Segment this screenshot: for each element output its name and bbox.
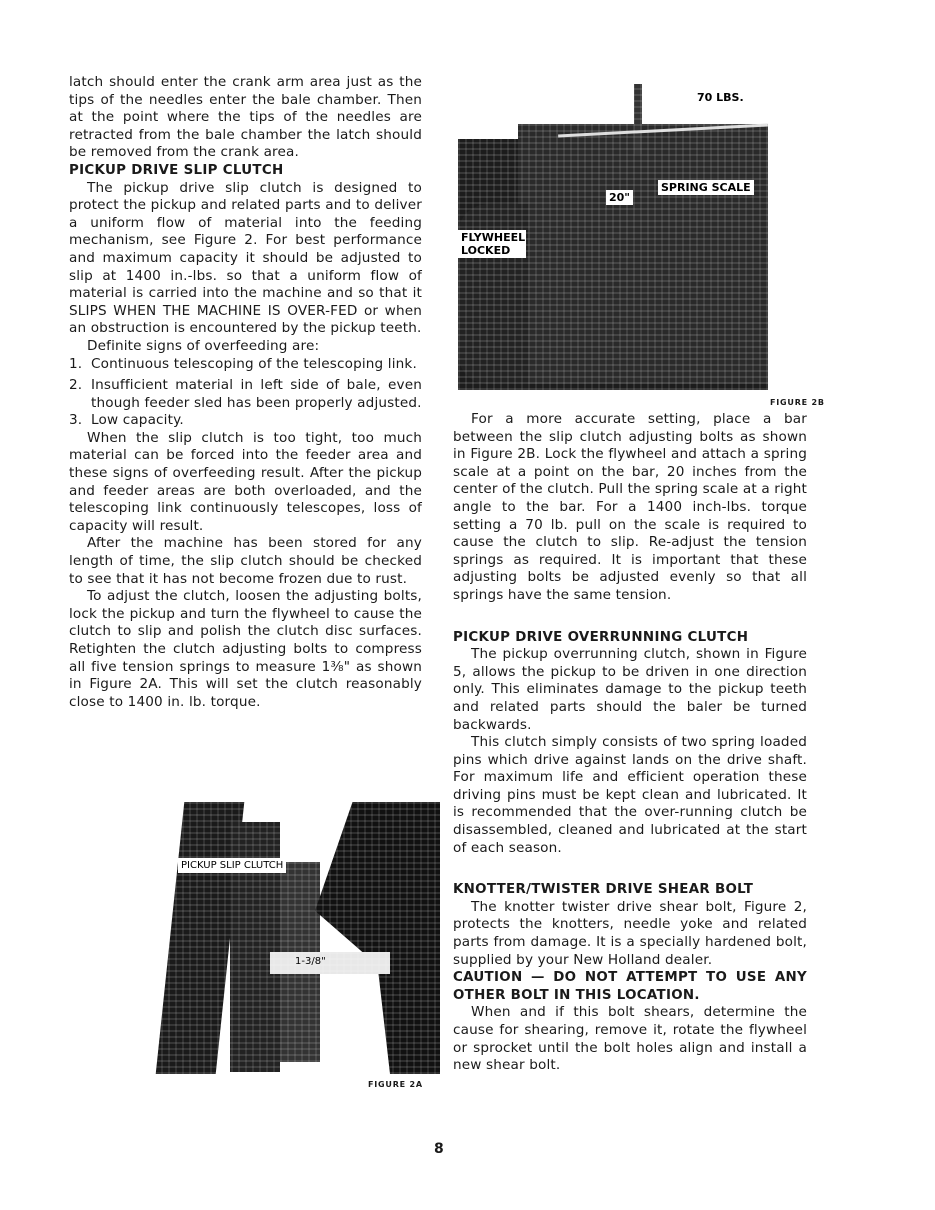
figure-2b-photo: 70 LBS. SPRING SCALE 20" FLYWHEEL LOCKED (458, 84, 768, 390)
figure-2b-caption: FIGURE 2B (770, 398, 825, 407)
label-force: 70 LBS. (694, 90, 747, 105)
page-number: 8 (434, 1141, 444, 1157)
section-heading-slip-clutch: PICKUP DRIVE SLIP CLUTCH (69, 162, 422, 180)
section-heading-overrunning-clutch: PICKUP DRIVE OVERRUNNING CLUTCH (453, 629, 807, 647)
list-number: 2. (69, 377, 91, 412)
list-text: Continuous telescoping of the telescopin… (91, 356, 422, 374)
right-column: For a more accurate setting, place a bar… (453, 411, 807, 1075)
figure-2a-photo: PICKUP SLIP CLUTCH 1-3/8" (70, 802, 440, 1074)
signs-list-item: 1. Continuous telescoping of the telesco… (69, 356, 422, 374)
overrunning-paragraph-2: This clutch simply consists of two sprin… (453, 734, 807, 857)
slip-clutch-paragraph-3: After the machine has been stored for an… (69, 535, 422, 588)
figure-2a-caption: FIGURE 2A (368, 1080, 423, 1089)
list-text: Low capacity. (91, 412, 422, 430)
shear-bolt-paragraph-2: When and if this bolt shears, determine … (453, 1004, 807, 1074)
caution-notice: CAUTION — DO NOT ATTEMPT TO USE ANY OTHE… (453, 969, 807, 1004)
list-text: Insufficient material in left side of ba… (91, 377, 422, 412)
label-flywheel-locked: FLYWHEEL LOCKED (458, 230, 526, 258)
signs-list-item: 2. Insufficient material in left side of… (69, 377, 422, 412)
label-pickup-slip-clutch: PICKUP SLIP CLUTCH (178, 858, 286, 873)
label-distance: 20" (606, 190, 633, 205)
slip-clutch-paragraph-5: For a more accurate setting, place a bar… (453, 411, 807, 605)
list-number: 3. (69, 412, 91, 430)
label-measurement: 1-3/8" (292, 954, 329, 969)
signs-intro: Definite signs of overfeeding are: (69, 338, 422, 356)
label-spring-scale: SPRING SCALE (658, 180, 754, 195)
shear-bolt-paragraph-1: The knotter twister drive shear bolt, Fi… (453, 899, 807, 969)
list-number: 1. (69, 356, 91, 374)
slip-clutch-paragraph-4: To adjust the clutch, loosen the adjusti… (69, 588, 422, 711)
intro-paragraph: latch should enter the crank arm area ju… (69, 74, 422, 162)
slip-clutch-paragraph-2: When the slip clutch is too tight, too m… (69, 430, 422, 536)
overrunning-paragraph-1: The pickup overrunning clutch, shown in … (453, 646, 807, 734)
signs-list-item: 3. Low capacity. (69, 412, 422, 430)
left-column: latch should enter the crank arm area ju… (69, 74, 422, 711)
slip-clutch-paragraph-1: The pickup drive slip clutch is designed… (69, 180, 422, 338)
section-heading-shear-bolt: KNOTTER/TWISTER DRIVE SHEAR BOLT (453, 881, 807, 899)
